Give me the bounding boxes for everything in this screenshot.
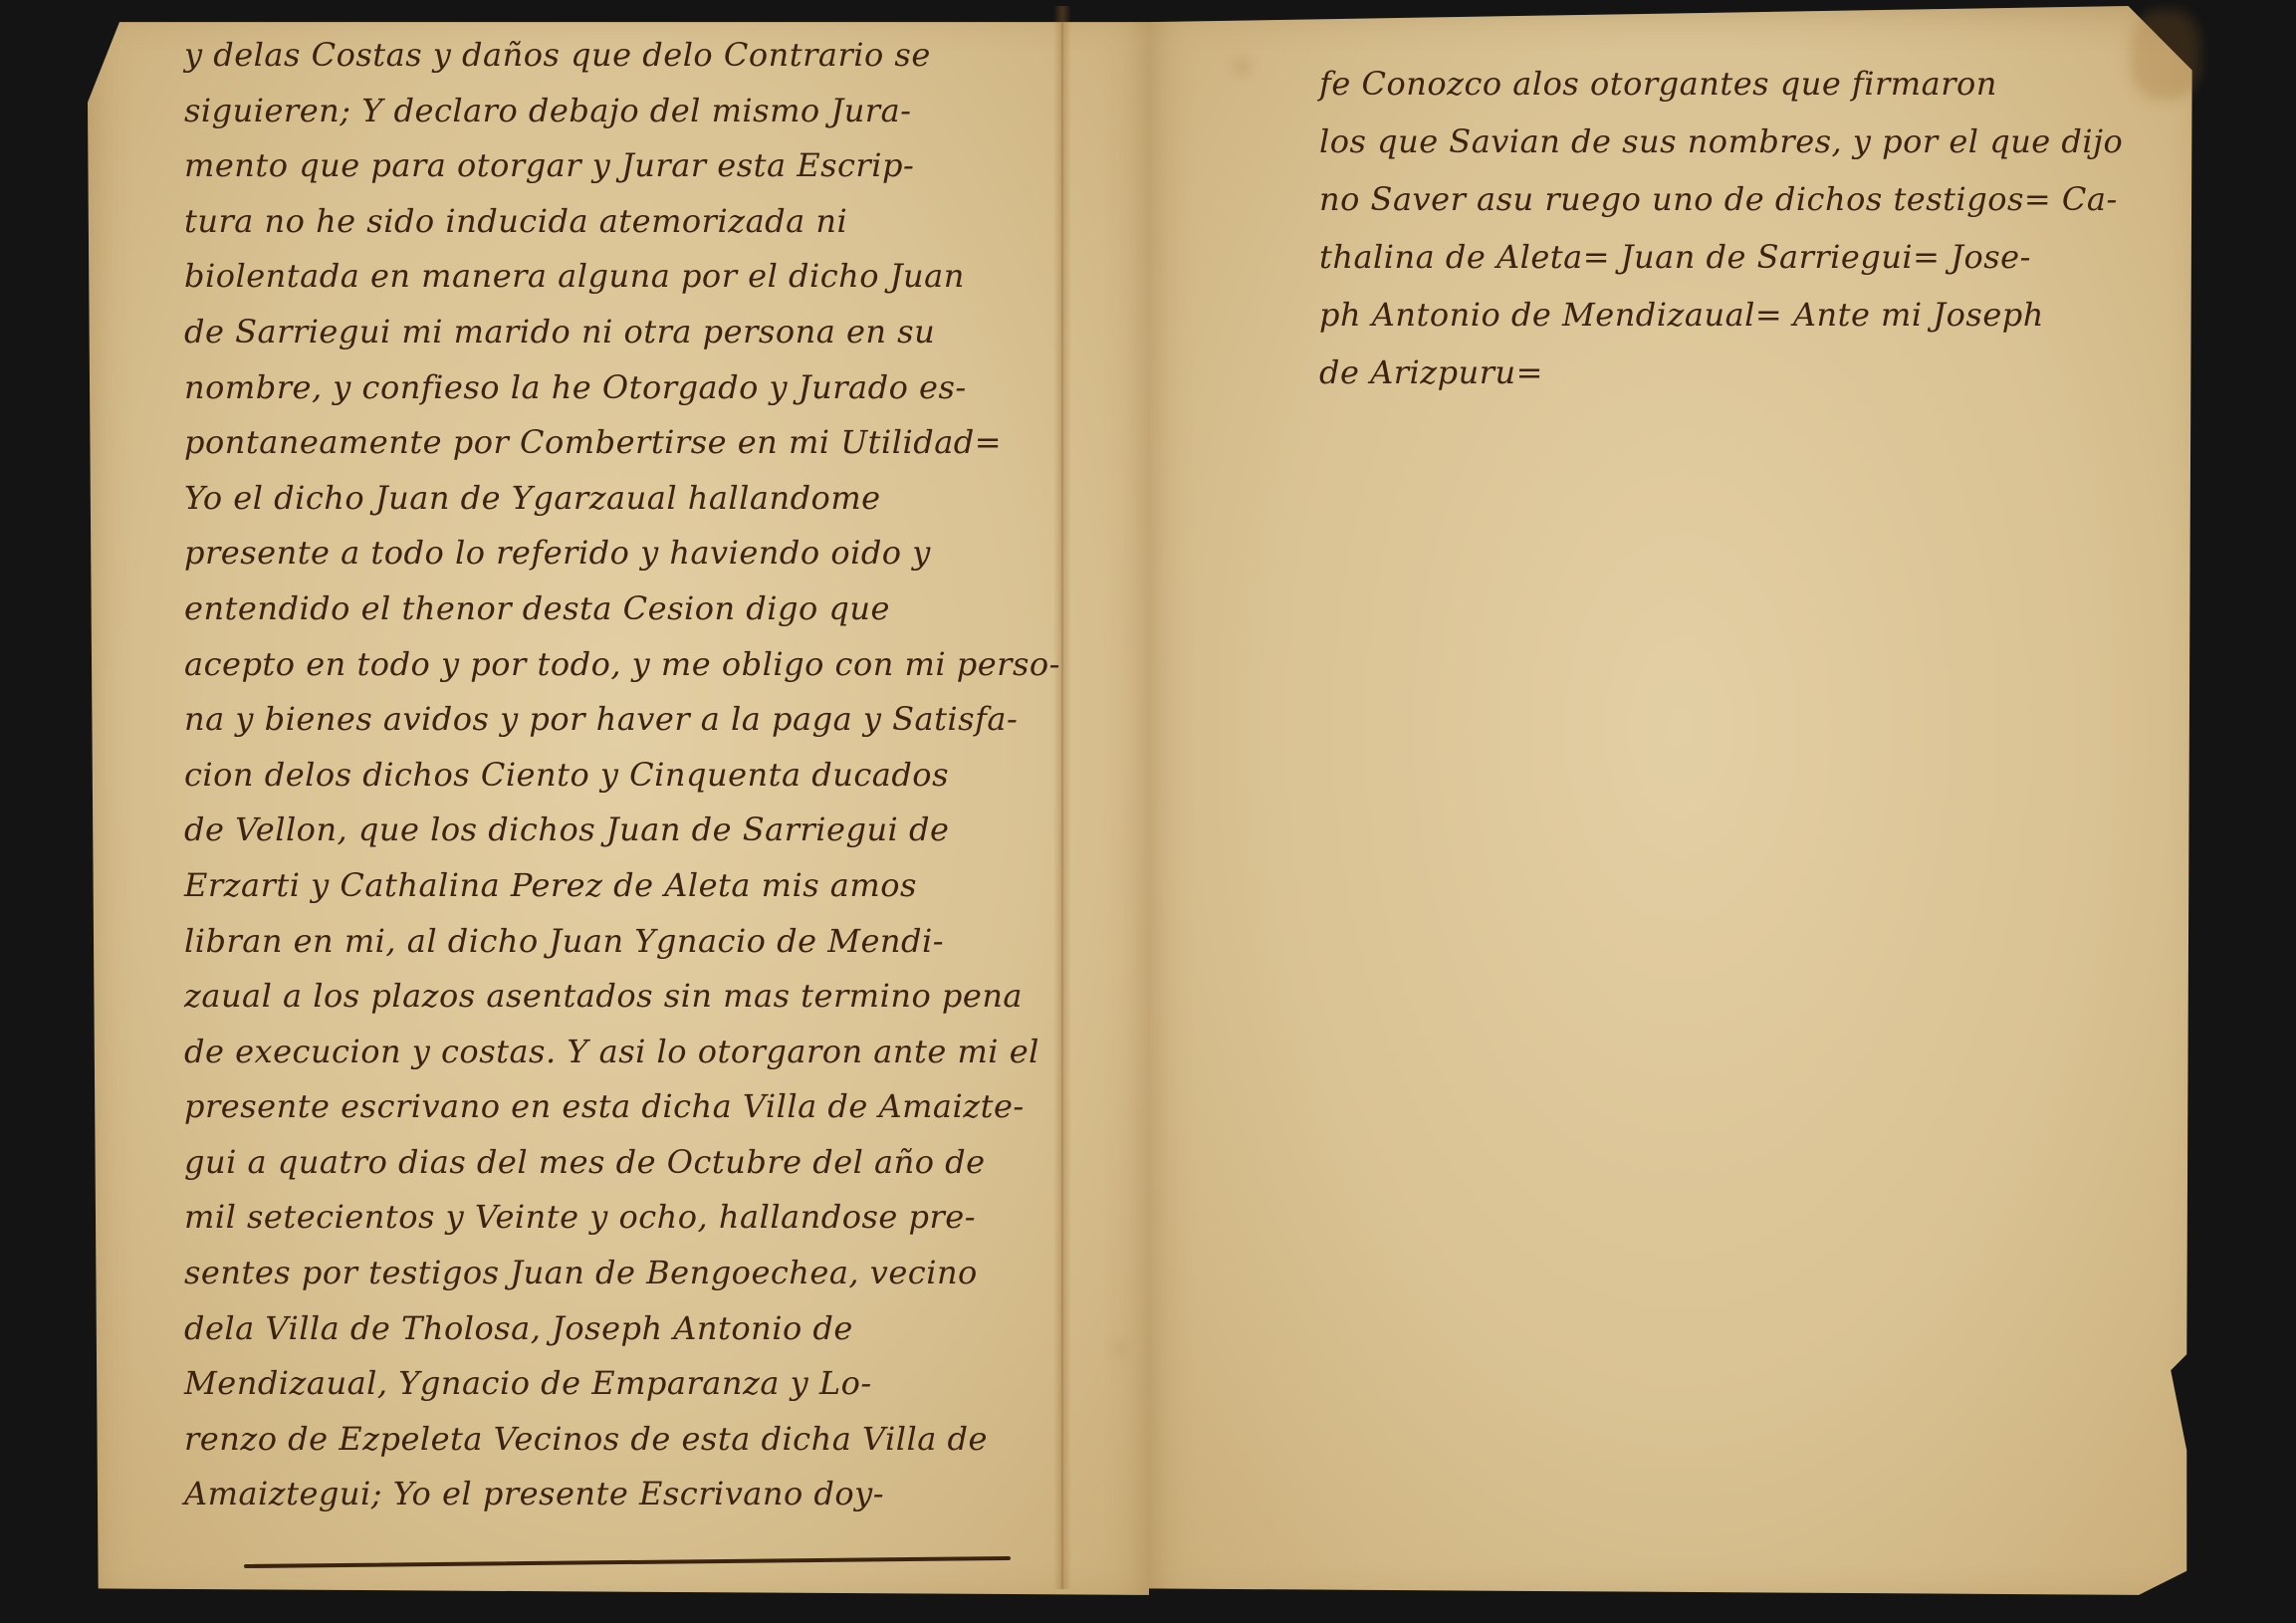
text-line: de Sarriegui mi marido ni otra persona e… (184, 305, 1011, 360)
text-line: Erzarti y Cathalina Perez de Aleta mis a… (184, 858, 1011, 914)
text-line: nombre, y confieso la he Otorgado y Jura… (184, 360, 1011, 416)
text-line: ph Antonio de Mendizaual= Ante mi Joseph (1319, 286, 2036, 344)
text-line: renzo de Ezpeleta Vecinos de esta dicha … (184, 1412, 1011, 1468)
text-line: pontaneamente por Combertirse en mi Util… (184, 415, 1011, 471)
water-stain (2131, 10, 2200, 100)
text-line: dela Villa de Tholosa, Joseph Antonio de (184, 1301, 1011, 1357)
ink-stain (1115, 1344, 1125, 1354)
text-line: na y bienes avidos y por haver a la paga… (184, 692, 1011, 748)
text-line: thalina de Aleta= Juan de Sarriegui= Jos… (1319, 228, 2036, 286)
text-line: biolentada en manera alguna por el dicho… (184, 249, 1011, 305)
text-line: presente a todo lo referido y haviendo o… (184, 526, 1011, 581)
text-line: Amaiztegui; Yo el presente Escrivano doy… (184, 1467, 1011, 1522)
text-line: mil setecientos y Veinte y ocho, halland… (184, 1190, 1011, 1246)
right-page-text: fe Conozco alos otorgantes que firmaron … (1319, 55, 2036, 401)
text-line: de execucion y costas. Y asi lo otorgaro… (184, 1025, 1011, 1080)
text-line: zaual a los plazos asentados sin mas ter… (184, 969, 1011, 1025)
text-line: fe Conozco alos otorgantes que firmaron (1319, 55, 2036, 113)
binding-gutter (1053, 6, 1071, 1589)
text-line: mento que para otorgar y Jurar esta Escr… (184, 138, 1011, 194)
ink-stain (1235, 60, 1249, 74)
text-line: entendido el thenor desta Cesion digo qu… (184, 581, 1011, 637)
left-page-text: y delas Costas y daños que delo Contrari… (184, 28, 1011, 1522)
text-line: los que Savian de sus nombres, y por el … (1319, 113, 2036, 170)
text-line: libran en mi, al dicho Juan Ygnacio de M… (184, 914, 1011, 970)
text-line: cion delos dichos Ciento y Cinquenta duc… (184, 748, 1011, 804)
text-line: acepto en todo y por todo, y me obligo c… (184, 637, 1011, 693)
manuscript-scan: y delas Costas y daños que delo Contrari… (0, 0, 2296, 1623)
text-line: Yo el dicho Juan de Ygarzaual hallandome (184, 471, 1011, 527)
text-line: Mendizaual, Ygnacio de Emparanza y Lo- (184, 1356, 1011, 1412)
text-line: y delas Costas y daños que delo Contrari… (184, 28, 1011, 84)
text-line: tura no he sido inducida atemorizada ni (184, 194, 1011, 250)
text-line: de Arizpuru= (1319, 344, 2036, 401)
text-line: de Vellon, que los dichos Juan de Sarrie… (184, 803, 1011, 858)
text-line: siguieren; Y declaro debajo del mismo Ju… (184, 84, 1011, 139)
text-line: presente escrivano en esta dicha Villa d… (184, 1079, 1011, 1135)
text-line: no Saver asu ruego uno de dichos testigo… (1319, 170, 2036, 228)
text-line: gui a quatro dias del mes de Octubre del… (184, 1135, 1011, 1191)
text-line: sentes por testigos Juan de Bengoechea, … (184, 1246, 1011, 1301)
